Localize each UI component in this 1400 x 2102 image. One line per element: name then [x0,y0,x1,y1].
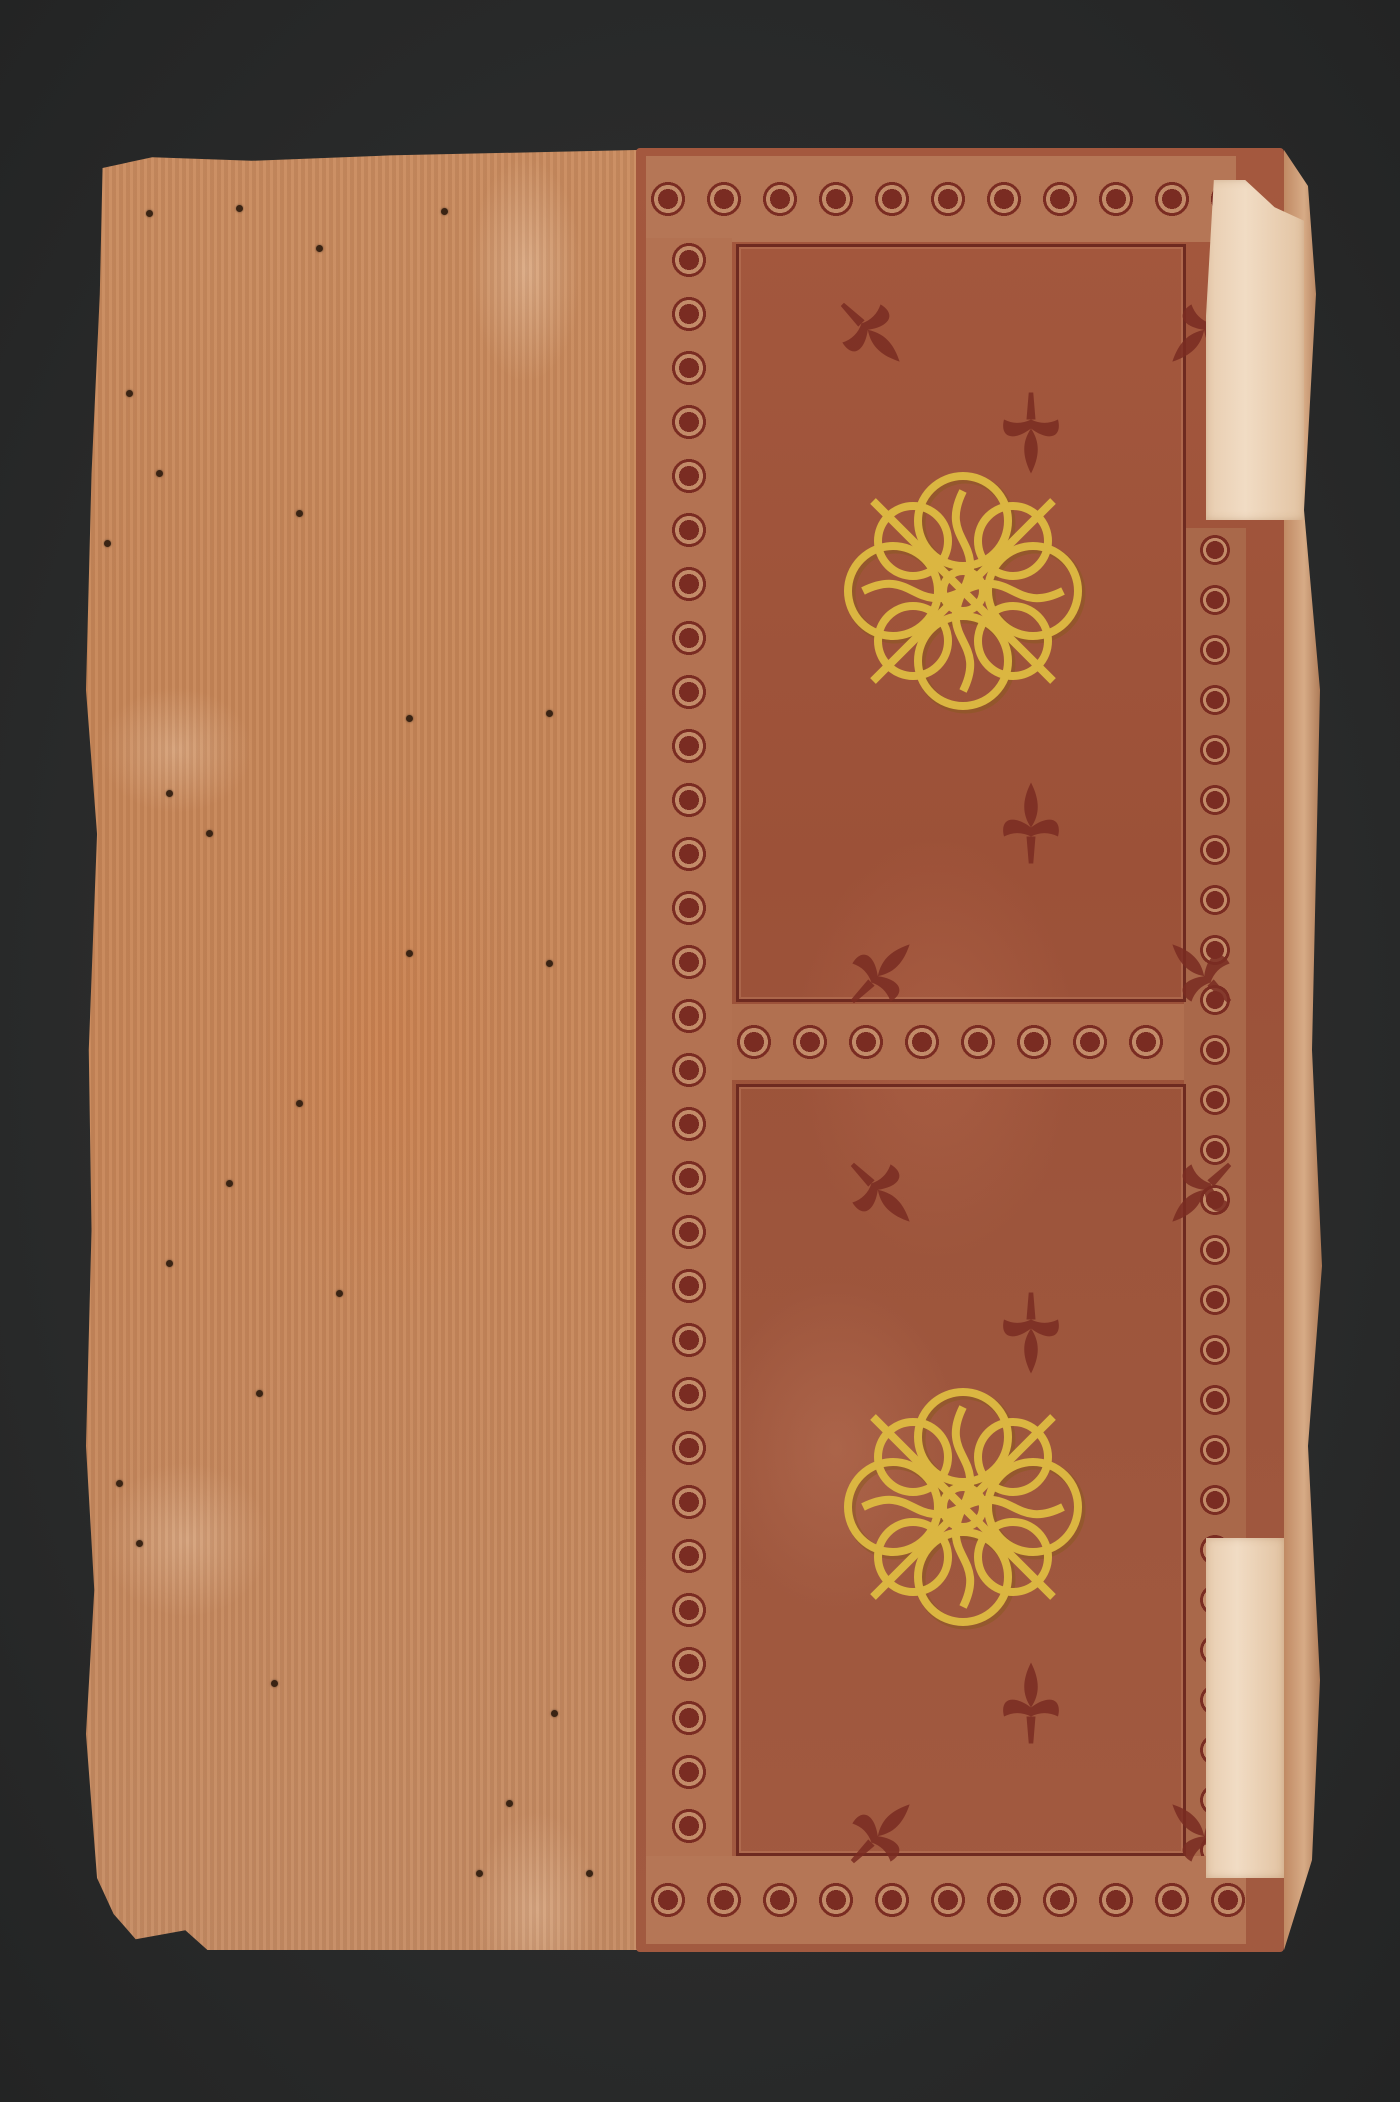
worm-hole [136,1540,143,1547]
wooden-board [86,150,638,1950]
worm-hole [336,1290,343,1297]
worm-hole [551,1710,558,1717]
worm-hole [296,510,303,517]
worm-hole [126,390,133,397]
worm-hole [476,1870,483,1877]
paper-repair-strip-bottom [1206,1538,1284,1878]
worm-hole [146,210,153,217]
tooled-border-top [646,156,1236,242]
gold-medallion-icon [838,466,1088,716]
fleur-de-lis-icon [986,1288,1076,1378]
leather-binding [636,148,1284,1952]
fleur-de-lis-icon [986,388,1076,478]
worm-hole [506,1800,513,1807]
worm-hole [546,960,553,967]
worm-hole [236,205,243,212]
worm-hole [441,208,448,215]
worm-hole [226,1180,233,1187]
worm-hole [116,1480,123,1487]
worm-hole [166,1260,173,1267]
gold-medallion-icon [838,1382,1088,1632]
worm-hole [166,790,173,797]
tooled-border-left [646,238,732,1858]
book-cover-photo [0,0,1400,2102]
worm-hole [296,1100,303,1107]
worm-hole [206,830,213,837]
worm-hole [316,245,323,252]
tooled-border-bottom [646,1856,1246,1944]
paper-repair-strip-top [1206,180,1304,520]
worm-hole [104,540,111,547]
worm-hole [406,950,413,957]
worm-hole [586,1870,593,1877]
worm-hole [271,1680,278,1687]
worm-hole [256,1390,263,1397]
worm-hole [546,710,553,717]
worm-holes [86,150,638,1950]
fleur-de-lis-icon [986,778,1076,868]
worm-hole [156,470,163,477]
tooled-border-middle [732,1004,1184,1080]
worm-hole [406,715,413,722]
fleur-de-lis-icon [986,1658,1076,1748]
